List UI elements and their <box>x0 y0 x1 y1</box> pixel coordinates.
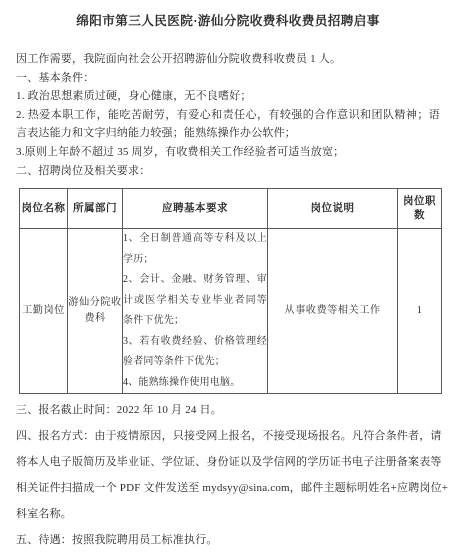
cell-requirements: 1、全日制普通高等专科及以上 学历； 2、会计、金融、财务管理、审 计或医学相关… <box>123 229 268 394</box>
application-method-line-3: 相关证件扫描成一个 PDF 文件发送至 mydsyy@sina.com，邮件主题… <box>16 475 440 501</box>
cell-position-name: 工勤岗位 <box>20 229 68 394</box>
positions-table: 岗位名称 所属部门 应聘基本要求 岗位说明 岗位职数 工勤岗位 游仙分院收费科 … <box>19 188 442 394</box>
intro-paragraph: 因工作需要，我院面向社会公开招聘游仙分院收费科收费员 1 人。 <box>16 50 440 69</box>
application-method-line-2: 将本人电子版简历及毕业证、学位证、身份证以及学信网的学历证书电子注册备案表等 <box>16 449 440 475</box>
requirement-line-4: 4、能熟练操作使用电脑。 <box>123 373 267 394</box>
requirement-line-1-continued: 学历； <box>123 250 267 271</box>
requirement-line-3-continued: 验者同等条件下优先； <box>123 352 267 373</box>
deadline-line: 三、报名截止时间：2022 年 10 月 24 日。 <box>16 397 440 423</box>
basic-conditions-heading: 一、基本条件： <box>16 69 440 88</box>
positions-heading: 二、招聘岗位及相关要求： <box>16 162 440 181</box>
application-method-line-1: 四、报名方式：由于疫情原因，只接受网上报名，不接受现场报名。凡符合条件者，请 <box>16 423 440 449</box>
application-method-line-4: 科室名称。 <box>16 501 440 527</box>
condition-line-2-continued: 言表达能力和文字归纳能力较强；能熟练操作办公软件； <box>16 124 440 143</box>
cell-headcount: 1 <box>398 229 442 394</box>
requirement-line-3: 3、若有收费经验、价格管理经 <box>123 332 267 353</box>
requirement-line-2-end: 条件下优先； <box>123 311 267 332</box>
treatment-line: 五、待遇：按照我院聘用员工标准执行。 <box>16 527 440 553</box>
table-header-requirements: 应聘基本要求 <box>123 189 268 229</box>
condition-line-2: 2. 热爱本职工作，能吃苦耐劳，有爱心和责任心，有较强的合作意识和团队精神；语 <box>16 106 440 125</box>
application-info-section: 三、报名截止时间：2022 年 10 月 24 日。 四、报名方式：由于疫情原因… <box>16 397 440 553</box>
table-header-position-name: 岗位名称 <box>20 189 68 229</box>
condition-line-3: 3.原则上年龄不超过 35 周岁，有收费相关工作经验者可适当放宽； <box>16 143 440 162</box>
requirement-line-2-continued: 计或医学相关专业毕业者同等 <box>123 291 267 312</box>
intro-and-conditions-section: 因工作需要，我院面向社会公开招聘游仙分院收费科收费员 1 人。 一、基本条件： … <box>16 50 440 180</box>
cell-job-description: 从事收费等相关工作 <box>268 229 398 394</box>
table-header-row: 岗位名称 所属部门 应聘基本要求 岗位说明 岗位职数 <box>20 189 442 229</box>
document-title: 绵阳市第三人民医院·游仙分院收费科收费员招聘启事 <box>16 13 440 30</box>
requirement-line-2: 2、会计、金融、财务管理、审 <box>123 270 267 291</box>
table-row: 工勤岗位 游仙分院收费科 1、全日制普通高等专科及以上 学历； 2、会计、金融、… <box>20 229 442 394</box>
table-header-headcount: 岗位职数 <box>398 189 442 229</box>
requirement-line-1: 1、全日制普通高等专科及以上 <box>123 229 267 250</box>
cell-department: 游仙分院收费科 <box>68 229 123 394</box>
table-header-department: 所属部门 <box>68 189 123 229</box>
table-header-job-description: 岗位说明 <box>268 189 398 229</box>
condition-line-1: 1. 政治思想素质过硬，身心健康，无不良嗜好； <box>16 87 440 106</box>
recruitment-notice-document: 绵阳市第三人民医院·游仙分院收费科收费员招聘启事 因工作需要，我院面向社会公开招… <box>0 0 457 556</box>
